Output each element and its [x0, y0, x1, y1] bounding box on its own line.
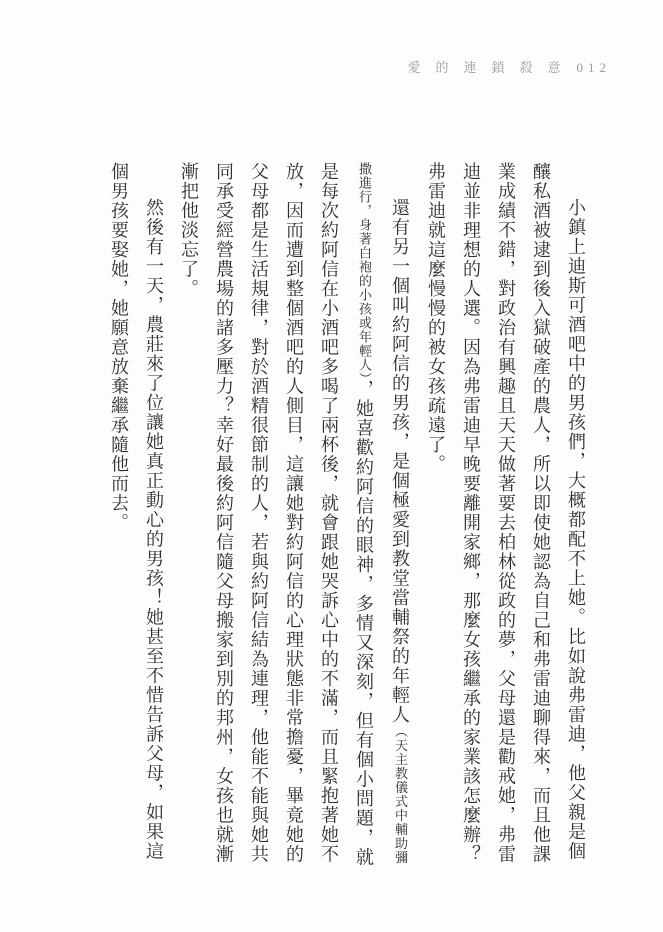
book-page: 愛的連鎖殺意012 小鎮上迪斯可酒吧中的男孩們，大概都配不上她。比如說弗雷迪，他…: [0, 0, 663, 932]
paragraph-2-text-continued: ，她喜歡約阿信的眼神，多情又深刻，但有個小問題，就是每次約阿信在小酒吧多喝了兩杯…: [179, 162, 374, 867]
paragraph-1: 小鎮上迪斯可酒吧中的男孩們，大概都配不上她。比如說弗雷迪，他父親是個釀私酒被逮到…: [418, 162, 593, 878]
running-head: 愛的連鎖殺意012: [407, 57, 611, 76]
vertical-text-block: 小鎮上迪斯可酒吧中的男孩們，大概都配不上她。比如說弗雷迪，他父親是個釀私酒被逮到…: [101, 162, 593, 878]
paragraph-3: 然後有一天，農莊來了位讓她真正動心的男孩！她甚至不惜告訴父母，如果這個男孩要娶她…: [101, 162, 171, 878]
paragraph-2-text: 還有另一個叫約阿信的男孩，是個極愛到教堂當輔祭的年輕人: [390, 198, 410, 725]
paragraph-2: 還有另一個叫約阿信的男孩，是個極愛到教堂當輔祭的年輕人（天主教儀式中輔助彌撒進行…: [171, 162, 418, 878]
book-title: 愛的連鎖殺意: [407, 60, 575, 75]
page-number: 012: [577, 60, 612, 75]
